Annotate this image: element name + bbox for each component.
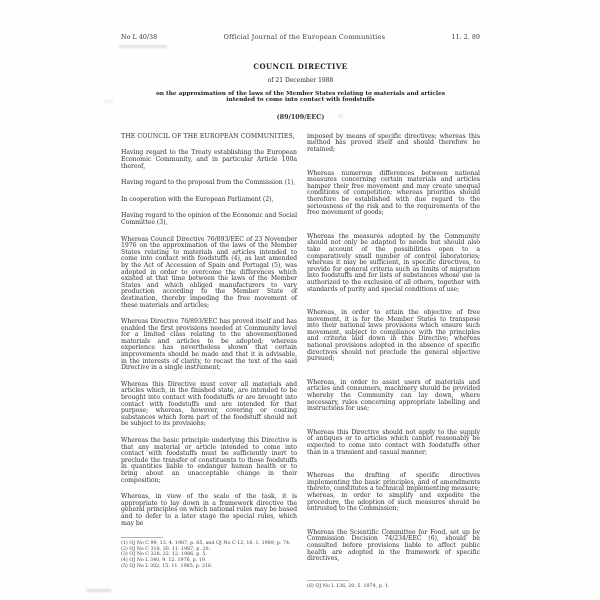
recital-paragraph: Whereas the measures adopted by the Comm… <box>307 234 480 293</box>
citation-paragraph: Having regard to the Treaty establishing… <box>121 150 297 170</box>
recital-paragraph: Whereas this Directive should not apply … <box>307 430 480 456</box>
recital-paragraph: Whereas numerous differences between nat… <box>307 171 480 217</box>
scan-noise-speck <box>86 589 112 592</box>
left-column: THE COUNCIL OF THE EUROPEAN COMMUNITIES,… <box>121 134 297 590</box>
right-footnotes: (6) OJ No L 136, 20. 5. 1974, p. 1. <box>307 580 480 590</box>
header-date: 11. 2. 89 <box>452 33 480 41</box>
footnote: (6) OJ No L 136, 20. 5. 1974, p. 1. <box>307 584 480 590</box>
recital-paragraph: Whereas the drafting of specific directi… <box>307 473 480 513</box>
directive-reference-number: (89/109/EEC) <box>121 113 480 121</box>
recital-paragraph: Whereas, in view of the scale of the tas… <box>121 494 297 527</box>
recital-paragraph: Whereas Council Directive 76/893/EEC of … <box>121 237 297 310</box>
citation-paragraph: Having regard to the proposal from the C… <box>121 180 297 187</box>
right-column: imposed by means of specific directives;… <box>307 134 480 590</box>
header-issue-number: No L 40/38 <box>121 33 157 41</box>
recital-continuation-paragraph: imposed by means of specific directives;… <box>307 134 480 154</box>
scan-noise-speck <box>104 100 114 103</box>
directive-subject: on the approximation of the laws of the … <box>121 91 480 104</box>
directive-subject-line-2: intended to come into contact with foods… <box>121 97 480 103</box>
recital-paragraph: Whereas Directive 76/893/EEC has proved … <box>121 319 297 372</box>
footnote: (1) OJ No C 99, 13. 4. 1987, p. 65, and … <box>121 541 297 547</box>
citation-paragraph: Having regard to the opinion of the Econ… <box>121 213 297 226</box>
header-journal-title: Official Journal of the European Communi… <box>224 33 386 41</box>
directive-date-line: of 21 December 1988 <box>121 77 480 84</box>
page-content: No L 40/38 Official Journal of the Europ… <box>121 33 480 589</box>
citation-paragraph: In cooperation with the European Parliam… <box>121 197 297 204</box>
recital-paragraph: Whereas, in order to attain the objectiv… <box>307 310 480 363</box>
scan-noise-speck <box>338 114 343 118</box>
two-column-body: THE COUNCIL OF THE EUROPEAN COMMUNITIES,… <box>121 134 480 590</box>
directive-kind-title: COUNCIL DIRECTIVE <box>121 62 480 71</box>
scan-smudge <box>119 45 167 48</box>
page-header: No L 40/38 Official Journal of the Europ… <box>121 33 480 41</box>
footnote-divider <box>307 580 349 581</box>
footnote-divider <box>121 537 163 538</box>
recital-paragraph: Whereas the Scientific Committee for Foo… <box>307 530 480 563</box>
footnote: (5) OJ No L 302, 15. 11. 1985, p. 216. <box>121 564 297 570</box>
preamble-opener: THE COUNCIL OF THE EUROPEAN COMMUNITIES, <box>121 134 297 141</box>
recital-paragraph: Whereas, in order to assist users of mat… <box>307 380 480 413</box>
left-footnotes: (1) OJ No C 99, 13. 4. 1987, p. 65, and … <box>121 537 297 569</box>
recital-paragraph: Whereas this Directive must cover all ma… <box>121 382 297 428</box>
scanned-document-page: No L 40/38 Official Journal of the Europ… <box>0 0 600 600</box>
recital-paragraph: Whereas the basic principle underlying t… <box>121 438 297 484</box>
directive-title-block: COUNCIL DIRECTIVE of 21 December 1988 on… <box>121 62 480 121</box>
